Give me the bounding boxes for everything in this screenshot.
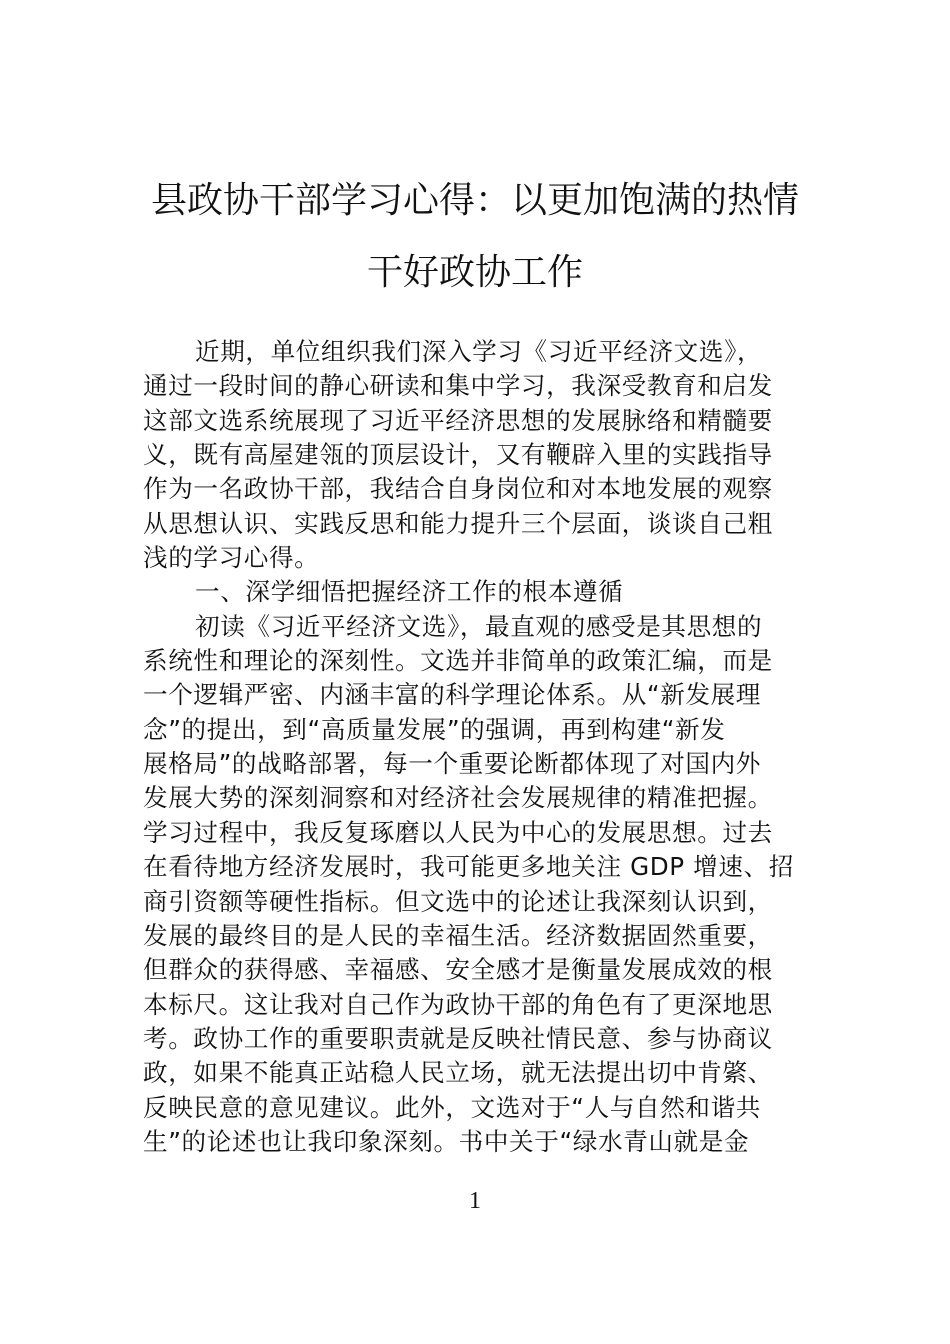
paragraph-line: 浅的学习心得。 [143, 541, 811, 575]
paragraph-line: 初读《习近平经济文选》，最直观的感受是其思想的 [143, 610, 811, 644]
paragraph-line: 本标尺。这让我对自己作为政协干部的角色有了更深地思 [143, 988, 811, 1022]
paragraph-line: 义，既有高屋建瓴的顶层设计，又有鞭辟入里的实践指导 [143, 438, 811, 472]
paragraph-line: 这部文选系统展现了习近平经济思想的发展脉络和精髓要 [143, 404, 811, 438]
paragraph-line: 政，如果不能真正站稳人民立场，就无法提出切中肯綮、 [143, 1056, 811, 1090]
paragraph-line: 作为一名政协干部，我结合自身岗位和对本地发展的观察 [143, 472, 811, 506]
paragraph-line: 系统性和理论的深刻性。文选并非简单的政策汇编，而是 [143, 644, 811, 678]
section-heading: 一、深学细悟把握经济工作的根本遵循 [143, 575, 811, 609]
document-title-line-2: 干好政协工作 [0, 244, 950, 295]
document-page: 县政协干部学习心得：以更加饱满的热情 干好政协工作 近期，单位组织我们深入学习《… [0, 0, 950, 1344]
paragraph-line: 商引资额等硬性指标。但文选中的论述让我深刻认识到， [143, 885, 811, 919]
paragraph-line: 发展大势的深刻洞察和对经济社会发展规律的精准把握。 [143, 781, 811, 815]
paragraph-line: 在看待地方经济发展时，我可能更多地关注 GDP 增速、招 [143, 850, 811, 884]
page-number: 1 [0, 1188, 950, 1215]
paragraph-line: 发展的最终目的是人民的幸福生活。经济数据固然重要， [143, 919, 811, 953]
paragraph-line: 近期，单位组织我们深入学习《习近平经济文选》， [143, 335, 811, 369]
paragraph-line: 通过一段时间的静心研读和集中学习，我深受教育和启发 [143, 369, 811, 403]
paragraph-line: 反映民意的意见建议。此外，文选对于“人与自然和谐共 [143, 1091, 811, 1125]
paragraph-line: 展格局”的战略部署，每一个重要论断都体现了对国内外 [143, 747, 811, 781]
paragraph-line: 念”的提出，到“高质量发展”的强调，再到构建“新发 [143, 713, 811, 747]
paragraph-line: 学习过程中，我反复琢磨以人民为中心的发展思想。过去 [143, 816, 811, 850]
paragraph-line: 一个逻辑严密、内涵丰富的科学理论体系。从“新发展理 [143, 678, 811, 712]
paragraph-line: 从思想认识、实践反思和能力提升三个层面，谈谈自己粗 [143, 507, 811, 541]
paragraph-line: 但群众的获得感、幸福感、安全感才是衡量发展成效的根 [143, 953, 811, 987]
paragraph-line: 生”的论述也让我印象深刻。书中关于“绿水青山就是金 [143, 1125, 811, 1159]
document-title-line-1: 县政协干部学习心得：以更加饱满的热情 [0, 172, 950, 223]
document-body: 近期，单位组织我们深入学习《习近平经济文选》， 通过一段时间的静心研读和集中学习… [143, 335, 811, 1159]
paragraph-line: 考。政协工作的重要职责就是反映社情民意、参与协商议 [143, 1022, 811, 1056]
